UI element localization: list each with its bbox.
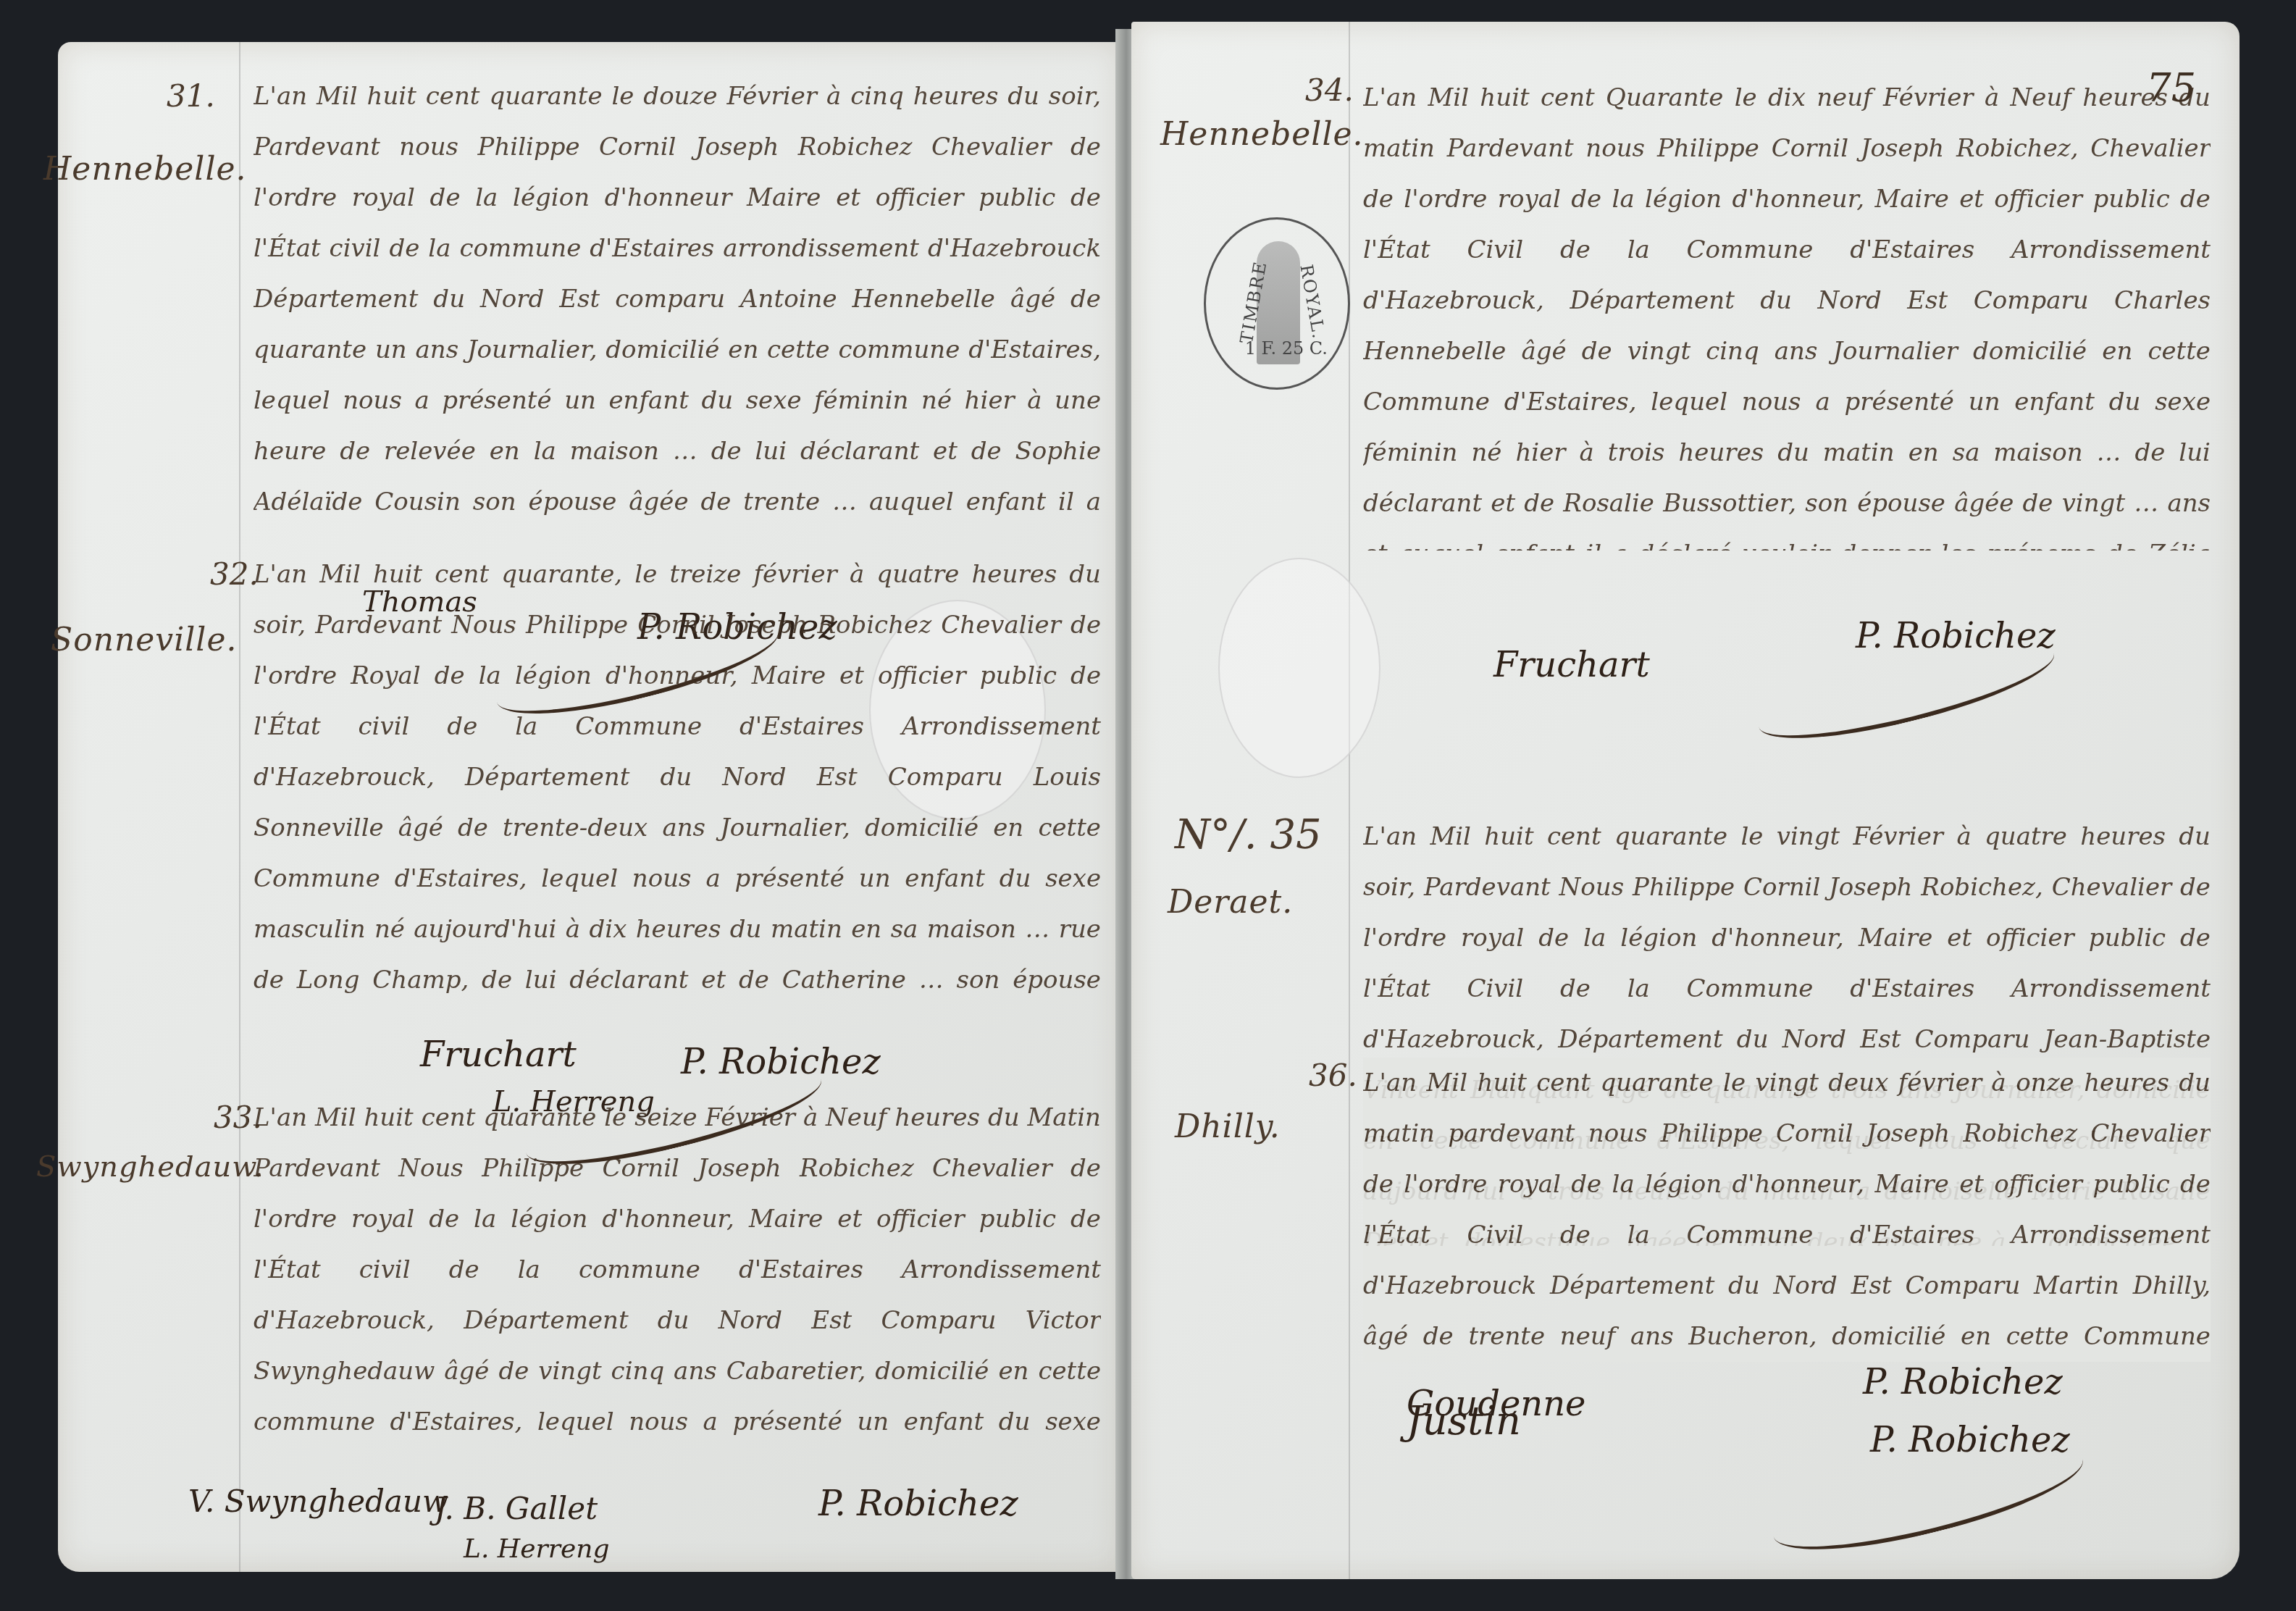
stamp-label-right: ROYAL. <box>1296 263 1330 341</box>
signature: J. B. Gallet <box>435 1491 598 1526</box>
entry-number: 34. <box>1305 72 1354 108</box>
margin-surname: Hennebelle. <box>1160 116 1364 153</box>
entry-block: 36. Dhilly. L'an Mil huit cent quarante … <box>1131 1043 2240 1579</box>
entry-number: N°/. 35 <box>1175 811 1322 858</box>
signature-mayor: P. Robichez <box>818 1484 1018 1524</box>
signature: V. Swynghedauw <box>188 1484 448 1519</box>
signature: Justin <box>1407 1398 1521 1444</box>
margin-surname: Sonneville. <box>51 622 237 658</box>
signature: Fruchart <box>420 1034 577 1075</box>
entry-number: 32. <box>210 556 259 592</box>
margin-surname: Swynghedauw. <box>36 1150 264 1184</box>
signature: Fruchart <box>1493 645 1650 685</box>
entry-text: L'an Mil huit cent quarante le douze Fév… <box>254 71 1101 527</box>
entry-text: L'an Mil huit cent quarante le vingt deu… <box>1363 1058 2211 1362</box>
entry-text: L'an Mil huit cent quarante le seize Fév… <box>254 1092 1101 1455</box>
entry-text: L'an Mil huit cent quarante, le treize f… <box>254 549 1101 1013</box>
left-page: 31. Hennebelle. L'an Mil huit cent quara… <box>58 42 1121 1572</box>
entry-number: 36. <box>1309 1058 1357 1093</box>
entry-text: L'an Mil huit cent Quarante le dix neuf … <box>1363 72 2211 551</box>
margin-rule <box>239 42 240 1572</box>
signature: L. Herreng <box>464 1534 609 1564</box>
stamp-value: 1 F. 25 C. <box>1245 338 1328 359</box>
entry-number: 31. <box>167 78 215 114</box>
margin-surname: Dhilly. <box>1175 1108 1281 1145</box>
margin-surname: Deraet. <box>1168 884 1293 921</box>
margin-surname: Hennebelle. <box>43 151 247 188</box>
timbre-royal-stamp: TIMBRE ROYAL. 1 F. 25 C. <box>1204 217 1350 390</box>
embossed-seal <box>1218 558 1380 778</box>
